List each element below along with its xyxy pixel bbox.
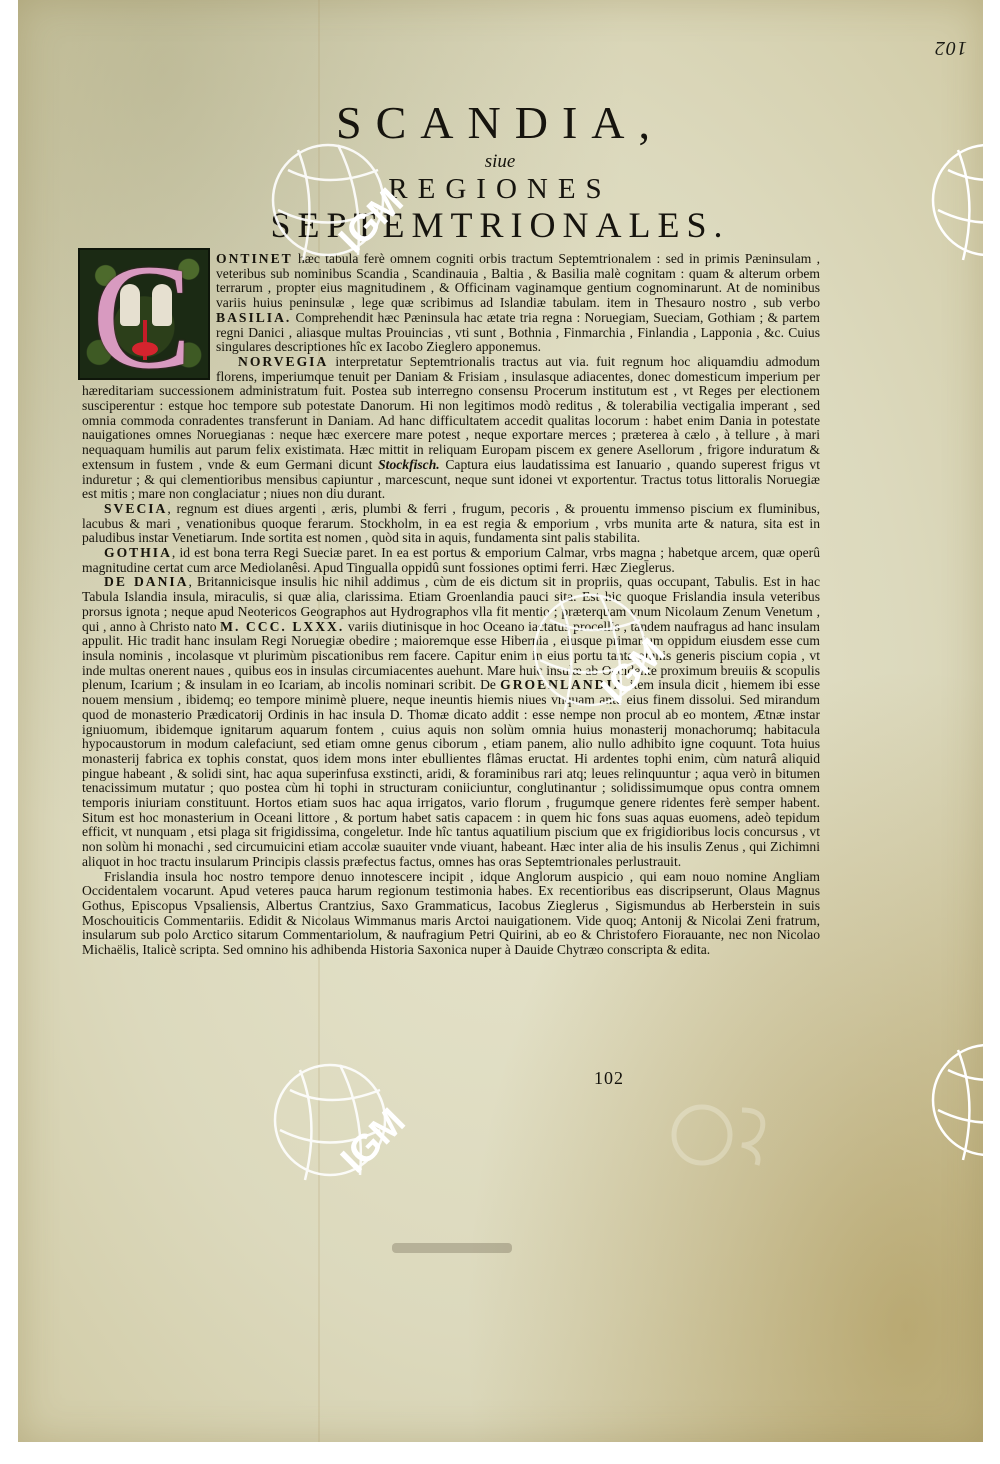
- italic-stockfisch: Stockfisch.: [378, 457, 440, 472]
- lead-word: DE DANIA: [104, 574, 189, 589]
- paragraph-text: , regnum est diues argenti , æris, plumb…: [82, 501, 820, 545]
- lead-word: GOTHIA: [104, 545, 172, 560]
- ink-offset-marks: [392, 1243, 512, 1253]
- paragraph-text: Comprehendit hæc Pæninsula hac ætate tri…: [216, 310, 820, 354]
- faded-stamp-icon: [662, 1090, 782, 1170]
- paragraph-gothia: GOTHIA, id est bona terra Regi Sueciæ pa…: [82, 546, 820, 575]
- folio-number-bottom: 102: [594, 1068, 624, 1089]
- folio-number-top: 102: [934, 36, 967, 59]
- keyword-year: M. CCC. LXXX.: [220, 619, 344, 634]
- title-subtitle-2: SEPTEMTRIONALES.: [200, 204, 800, 246]
- paragraph-text: Frislandia insula hoc nostro tempore den…: [82, 869, 820, 958]
- lead-word: ONTINET: [216, 251, 293, 266]
- keyword-basilia: BASILIA.: [216, 310, 291, 325]
- paragraph-frislandia: Frislandia insula hoc nostro tempore den…: [82, 870, 820, 958]
- paragraph-text: , id est bona terra Regi Sueciæ paret. I…: [82, 545, 820, 575]
- title-sive: siue: [200, 150, 800, 174]
- title-main: SCANDIA,: [200, 98, 800, 148]
- title-subtitle-1: REGIONES: [200, 174, 800, 204]
- paragraph-de-dania: DE DANIA, Britannicisque insulis hic nih…: [82, 575, 820, 869]
- paragraph-text: item insula dicit , hiemem ibi esse noue…: [82, 677, 820, 868]
- lead-word: NORVEGIA: [238, 354, 328, 369]
- paragraph-text: hæc tabula ferè omnem cogniti orbis trac…: [216, 251, 820, 310]
- lead-word: SVECIA: [104, 501, 167, 516]
- paragraph-svecia: SVECIA, regnum est diues argenti , æris,…: [82, 502, 820, 546]
- body-text: ONTINET hæc tabula ferè omnem cogniti or…: [82, 252, 820, 958]
- title-block: SCANDIA, siue REGIONES SEPTEMTRIONALES.: [200, 98, 800, 246]
- keyword-groenlandia: GROENLANDIA: [500, 677, 625, 692]
